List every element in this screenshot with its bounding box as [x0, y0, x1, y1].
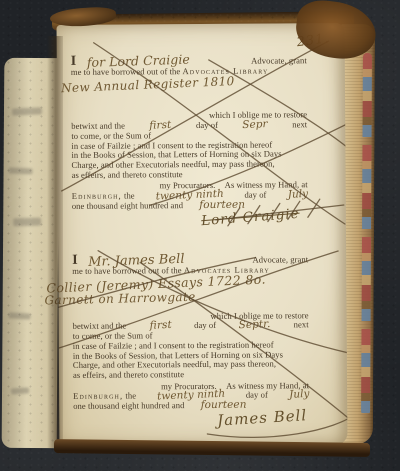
return-day: first — [149, 121, 172, 132]
day-of-label: day of — [246, 391, 268, 401]
register-entry-2: I Mr. James Bell Advocate, grant me to h… — [72, 253, 309, 431]
book-photograph: 231. I for Lord Craigie Advocate, grant … — [0, 0, 400, 471]
printed-form-line: as effeirs, and thereto constitute — [72, 169, 308, 180]
day-of-label: day of — [194, 321, 216, 331]
day-of-label: day of — [196, 121, 218, 131]
book-bottom-edge — [54, 439, 370, 457]
register-page: 231. I for Lord Craigie Advocate, grant … — [57, 23, 348, 447]
printed-opening-word: I — [71, 57, 77, 67]
register-entry-1: I for Lord Craigie Advocate, grant me to… — [71, 53, 308, 231]
bleedthrough-mark — [12, 107, 42, 115]
printed-opening-word: I — [72, 256, 78, 266]
bleedthrough-mark — [13, 218, 41, 227]
signed-month: July — [288, 390, 309, 401]
next-label: next — [292, 120, 307, 130]
next-label: next — [294, 321, 309, 331]
printed-form-line: as effeirs, and thereto constitute — [73, 369, 309, 380]
bleedthrough-mark — [8, 167, 32, 174]
bleedthrough-mark — [11, 387, 29, 394]
return-day: first — [149, 321, 172, 332]
return-month: Sepr — [242, 120, 268, 131]
the-label: the — [125, 391, 136, 401]
return-month: Septr. — [239, 320, 271, 331]
gutter-shadow — [47, 36, 63, 448]
marbled-edge — [361, 53, 372, 414]
bleedthrough-mark — [8, 312, 30, 319]
day-of-label: day of — [244, 191, 266, 201]
signed-month: July — [287, 190, 308, 201]
the-label: the — [124, 191, 135, 201]
